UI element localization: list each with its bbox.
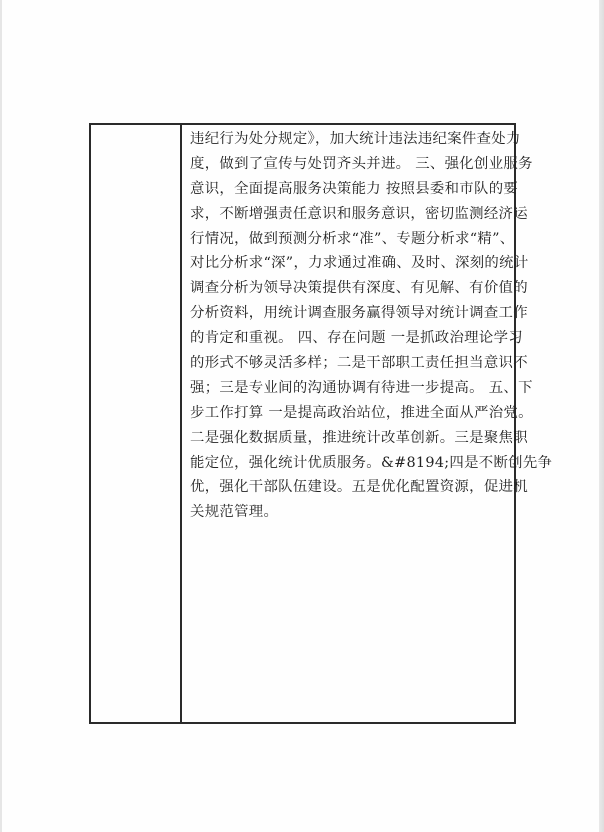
page-edge-left	[0, 0, 2, 832]
text-line: 对比分析求“深”，力求通过准确、及时、深刻的统计	[190, 251, 508, 276]
text-line: 能定位，强化统计优质服务。&#8194;四是不断创先争	[190, 451, 508, 476]
scanned-page: 违纪行为处分规定》，加大统计违法违纪案件查处力 度，做到了宣传与处罚齐头并进。 …	[0, 0, 604, 832]
text-line: 的形式不够灵活多样；二是干部职工责任担当意识不	[190, 351, 508, 376]
text-line: 度，做到了宣传与处罚齐头并进。 三、强化创业服务	[190, 152, 508, 177]
page-edge-right	[599, 0, 604, 832]
table-label-cell	[91, 125, 182, 722]
text-line: 违纪行为处分规定》，加大统计违法违纪案件查处力	[190, 127, 508, 152]
text-line: 优，强化干部队伍建设。五是优化配置资源，促进机	[190, 475, 508, 500]
table-content-cell: 违纪行为处分规定》，加大统计违法违纪案件查处力 度，做到了宣传与处罚齐头并进。 …	[182, 125, 514, 722]
report-table: 违纪行为处分规定》，加大统计违法违纪案件查处力 度，做到了宣传与处罚齐头并进。 …	[89, 123, 516, 724]
text-line: 调查分析为领导决策提供有深度、有见解、有价值的	[190, 276, 508, 301]
text-line: 关规范管理。	[190, 500, 508, 525]
text-line: 步工作打算 一是提高政治站位，推进全面从严治党。	[190, 401, 508, 426]
text-line: 意识，全面提高服务决策能力 按照县委和市队的要	[190, 177, 508, 202]
text-line: 二是强化数据质量，推进统计改革创新。三是聚焦职	[190, 426, 508, 451]
text-line: 强；三是专业间的沟通协调有待进一步提高。 五、下	[190, 376, 508, 401]
text-line: 求，不断增强责任意识和服务意识，密切监测经济运	[190, 202, 508, 227]
text-line: 的肯定和重视。 四、存在问题 一是抓政治理论学习	[190, 326, 508, 351]
text-line: 分析资料，用统计调查服务赢得领导对统计调查工作	[190, 301, 508, 326]
text-line: 行情况，做到预测分析求“准”、专题分析求“精”、	[190, 227, 508, 252]
